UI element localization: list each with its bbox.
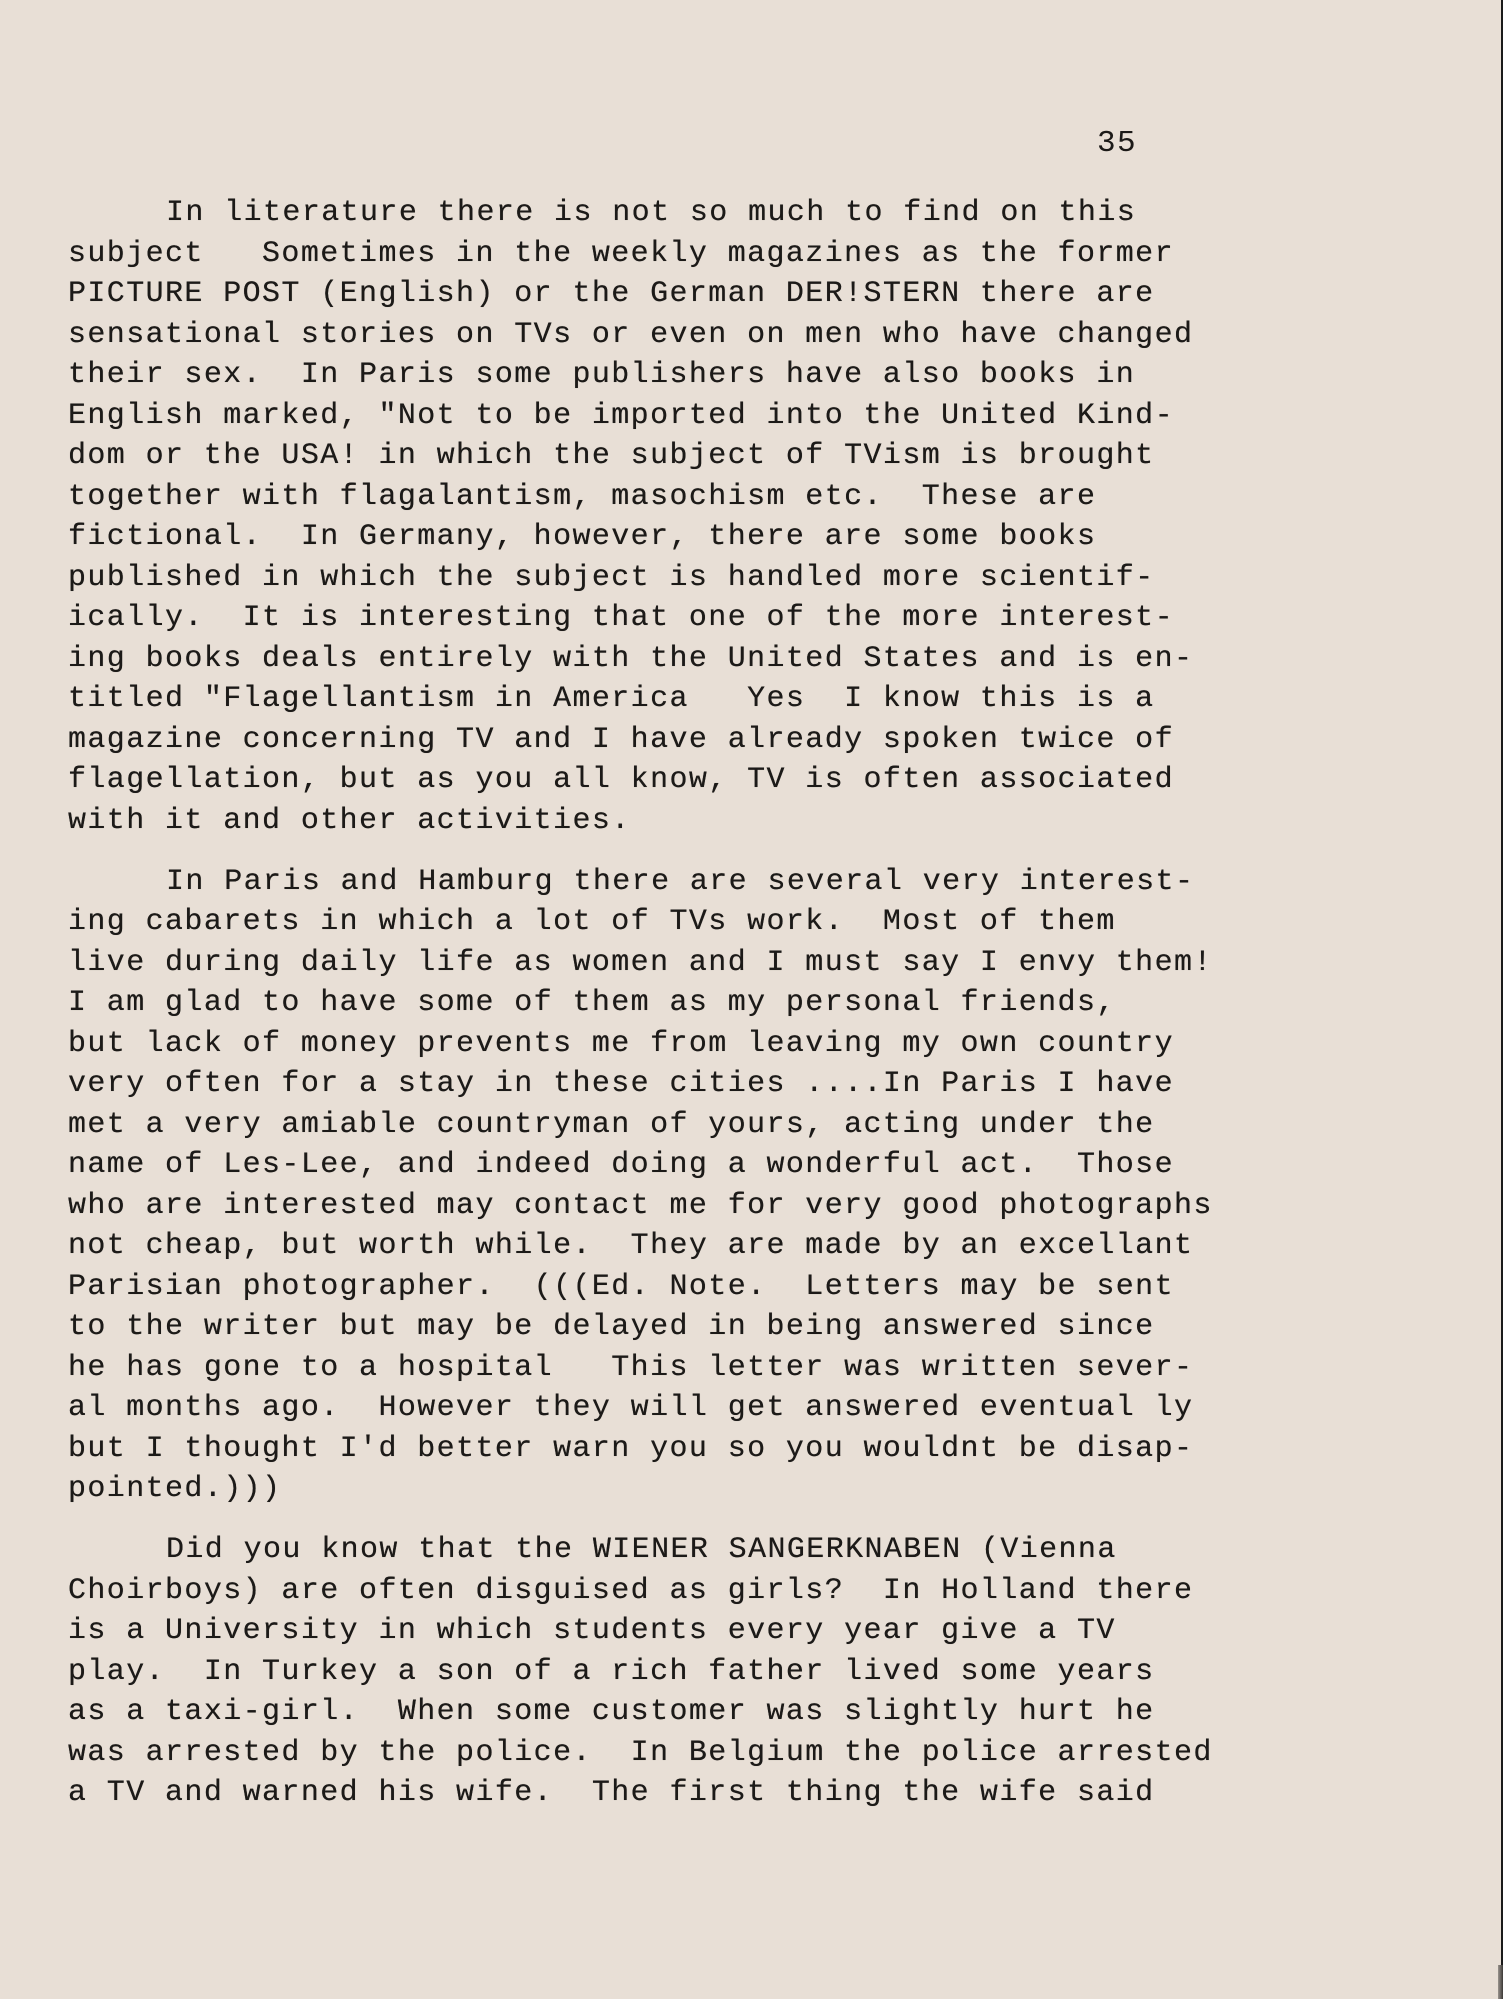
text-line: who are interested may contact me for ve… [68, 1186, 1468, 1227]
paragraph-literature: In literature there is not so much to fi… [68, 193, 1468, 841]
text-line: al months ago. However they will get ans… [68, 1388, 1468, 1429]
text-line: but lack of money prevents me from leavi… [68, 1024, 1468, 1065]
text-line: not cheap, but worth while. They are mad… [68, 1226, 1468, 1267]
text-line: to the writer but may be delayed in bein… [68, 1307, 1468, 1348]
text-line: met a very amiable countryman of yours, … [68, 1105, 1468, 1146]
body-text: In literature there is not so much to fi… [68, 193, 1468, 1834]
text-line: as a taxi-girl. When some customer was s… [68, 1692, 1468, 1733]
text-line: their sex. In Paris some publishers have… [68, 355, 1468, 396]
text-line: I am glad to have some of them as my per… [68, 983, 1468, 1024]
page-number: 35 [1097, 124, 1137, 164]
text-line: is a University in which students every … [68, 1611, 1468, 1652]
text-line: flagellation, but as you all know, TV is… [68, 760, 1468, 801]
text-line: ically. It is interesting that one of th… [68, 598, 1468, 639]
text-line: published in which the subject is handle… [68, 558, 1468, 599]
text-line: together with flagalantism, masochism et… [68, 477, 1468, 518]
text-line: a TV and warned his wife. The first thin… [68, 1773, 1468, 1814]
text-line: dom or the USA! in which the subject of … [68, 436, 1468, 477]
text-line: live during daily life as women and I mu… [68, 943, 1468, 984]
paragraph-paris-hamburg: In Paris and Hamburg there are several v… [68, 862, 1468, 1510]
text-line: Choirboys) are often disguised as girls?… [68, 1571, 1468, 1612]
text-line: he has gone to a hospital This letter wa… [68, 1348, 1468, 1389]
text-line: was arrested by the police. In Belgium t… [68, 1733, 1468, 1774]
text-line: with it and other activities. [68, 801, 1468, 842]
text-line: but I thought I'd better warn you so you… [68, 1429, 1468, 1470]
text-line: PICTURE POST (English) or the German DER… [68, 274, 1468, 315]
text-line: pointed.))) [68, 1469, 1468, 1510]
text-line: fictional. In Germany, however, there ar… [68, 517, 1468, 558]
text-line: sensational stories on TVs or even on me… [68, 315, 1468, 356]
text-line: name of Les-Lee, and indeed doing a wond… [68, 1145, 1468, 1186]
scan-edge-mark [1498, 1965, 1503, 1999]
text-line: ing books deals entirely with the United… [68, 639, 1468, 680]
text-line: subject Sometimes in the weekly magazine… [68, 234, 1468, 275]
paragraph-did-you-know: Did you know that the WIENER SANGERKNABE… [68, 1530, 1468, 1814]
paragraph-first-line: In Paris and Hamburg there are several v… [68, 862, 1468, 903]
text-line: magazine concerning TV and I have alread… [68, 720, 1468, 761]
text-line: Parisian photographer. (((Ed. Note. Lett… [68, 1267, 1468, 1308]
text-line: English marked, "Not to be imported into… [68, 396, 1468, 437]
text-line: titled "Flagellantism in America Yes I k… [68, 679, 1468, 720]
paragraph-first-line: In literature there is not so much to fi… [68, 193, 1468, 234]
text-line: play. In Turkey a son of a rich father l… [68, 1652, 1468, 1693]
text-line: ing cabarets in which a lot of TVs work.… [68, 902, 1468, 943]
typewritten-page: 35 In literature there is not so much to… [0, 0, 1503, 1999]
paragraph-first-line: Did you know that the WIENER SANGERKNABE… [68, 1530, 1468, 1571]
text-line: very often for a stay in these cities ..… [68, 1064, 1468, 1105]
